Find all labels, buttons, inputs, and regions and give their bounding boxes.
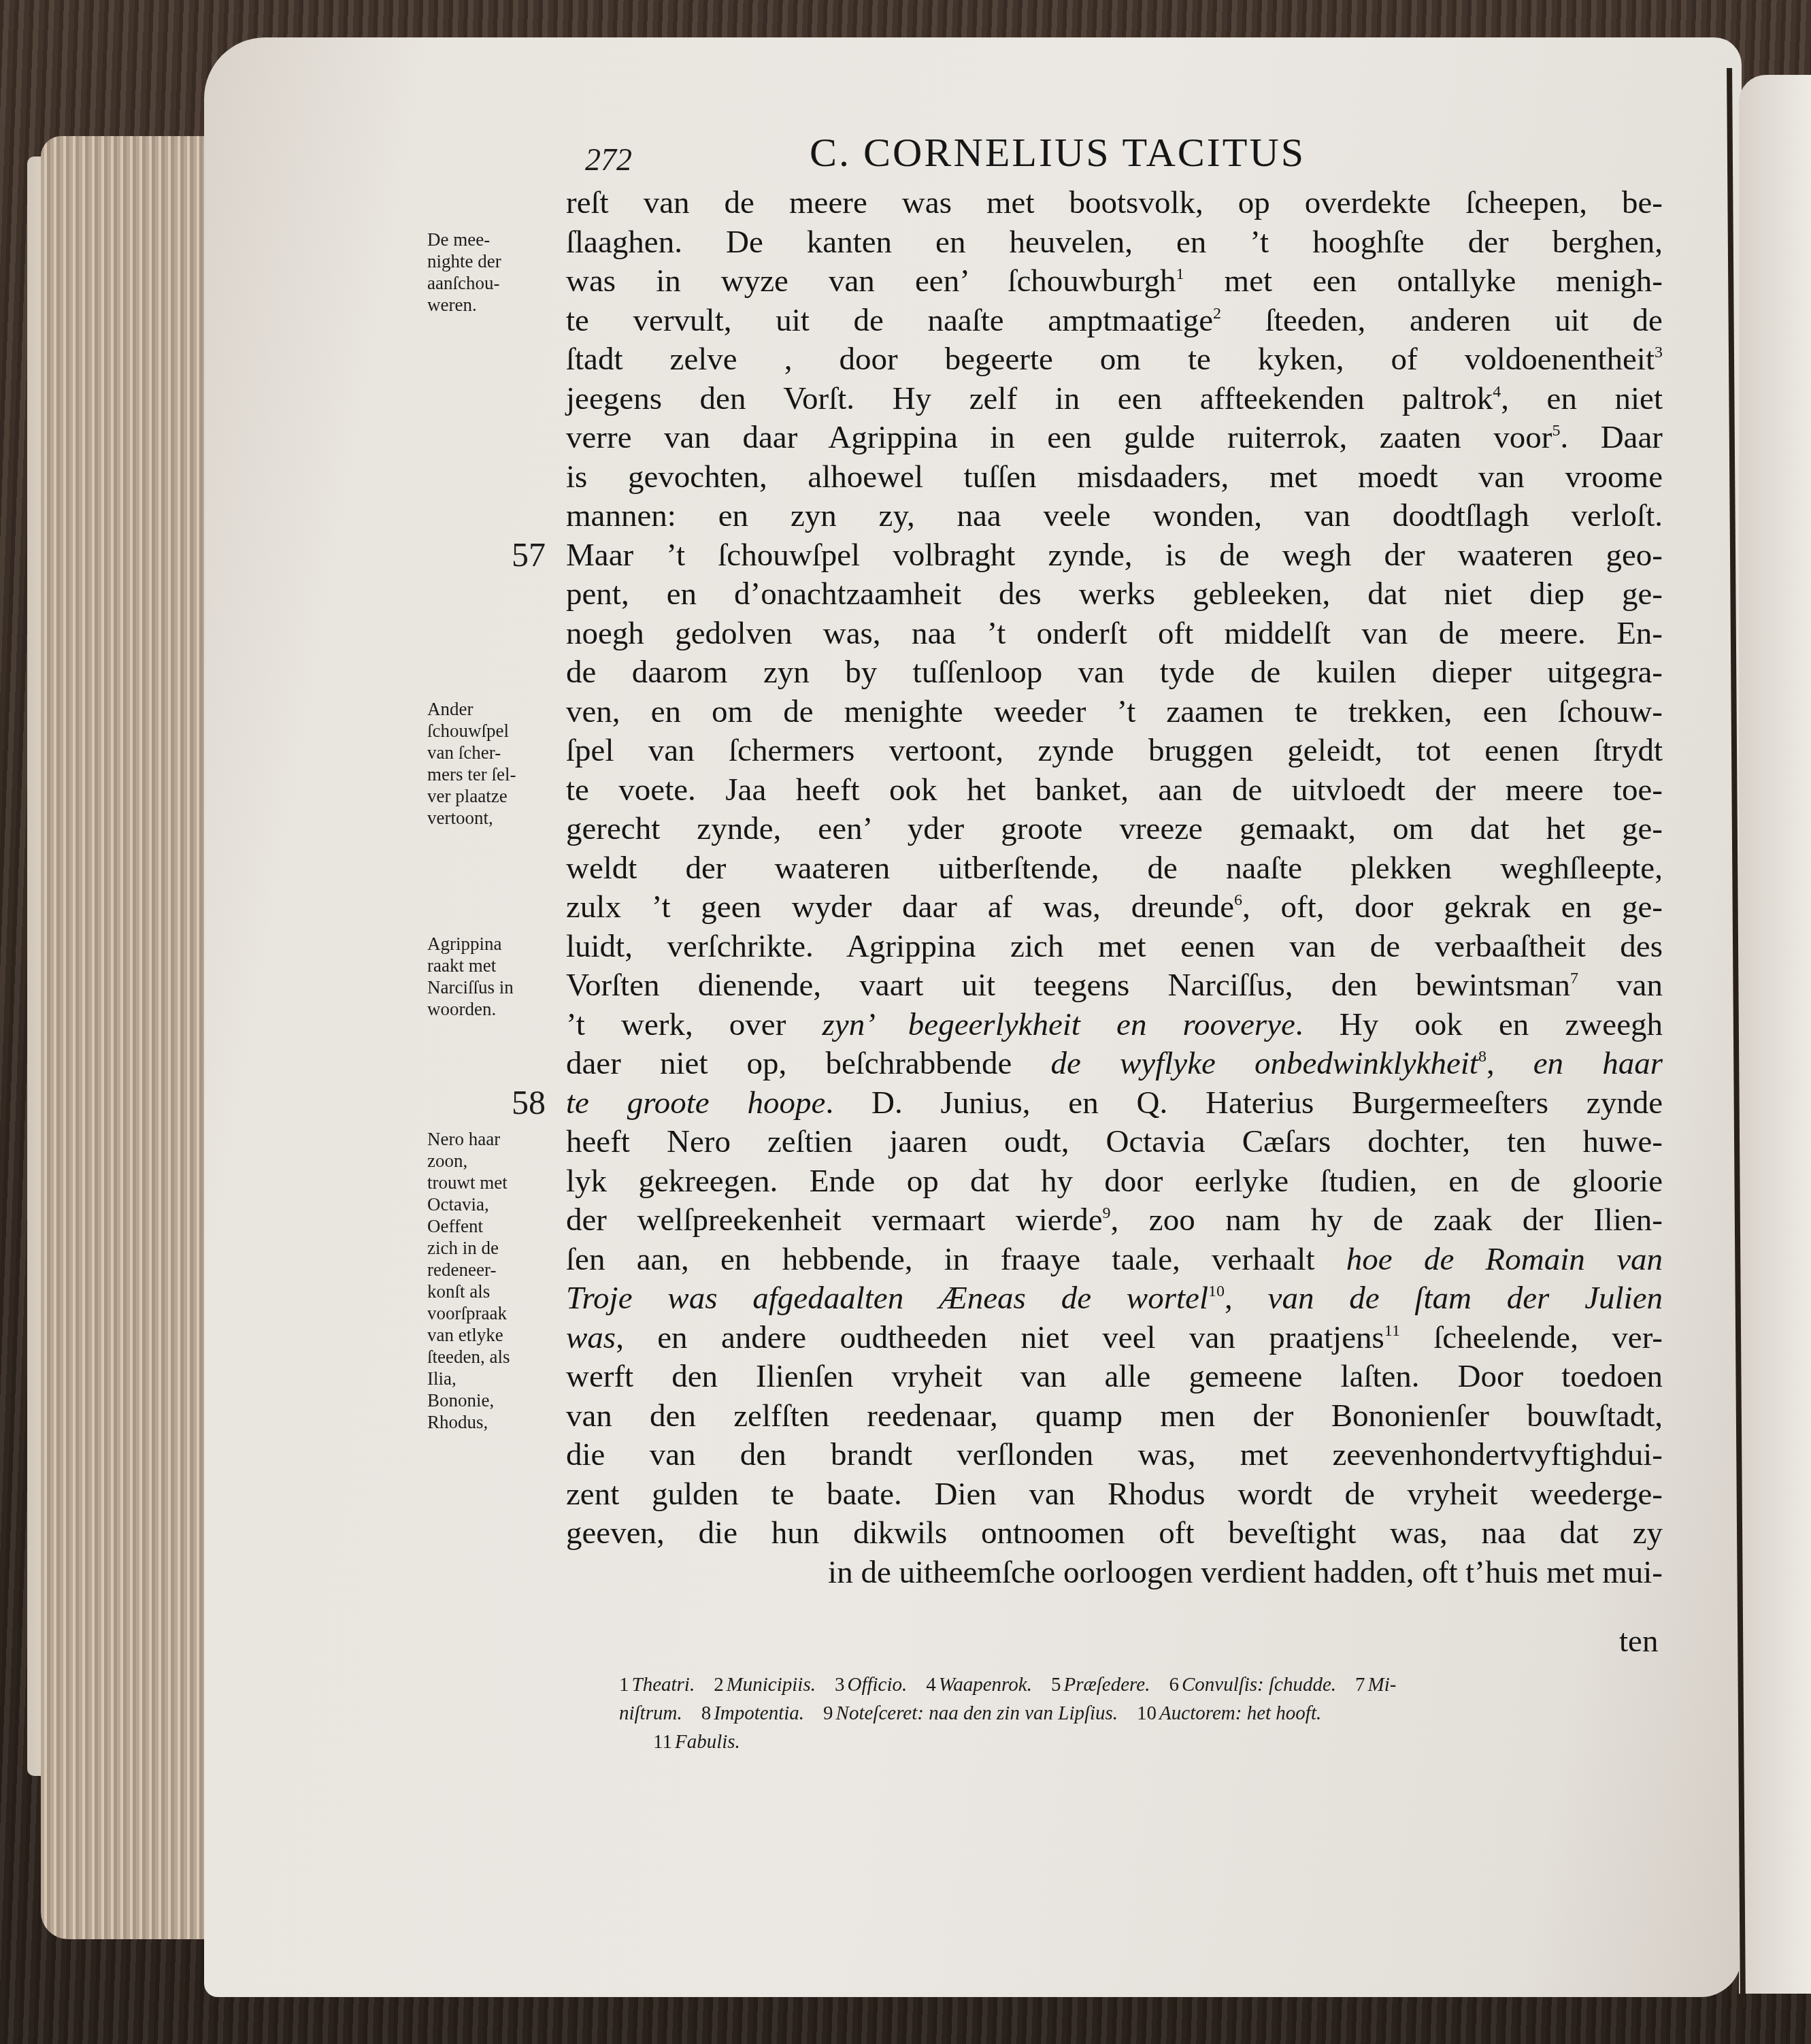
- footnote: 4Waapenrok.: [926, 1674, 1032, 1696]
- footnote-ref: 4: [1493, 383, 1501, 401]
- text-line: heeft Nero zeſtien jaaren oudt, Octavia …: [566, 1123, 1663, 1162]
- footnote-line: 11Fabulis.: [619, 1728, 1660, 1756]
- right-page-edge: [1739, 75, 1811, 1994]
- chapter-number: 57: [512, 535, 546, 574]
- text-line: is gevochten, alhoewel tuſſen misdaaders…: [566, 458, 1663, 497]
- body-text: reſt van de meere was met bootsvolk, op …: [566, 184, 1663, 1592]
- text-line: ſen aan, en hebbende, in fraaye taale, v…: [566, 1240, 1663, 1280]
- text-line: noegh gedolven was, naa ’t onderſt oft m…: [566, 614, 1663, 654]
- text-line: Maar ’t ſchouwſpel volbraght zynde, is d…: [566, 536, 1663, 576]
- text-line: zent gulden te baate. Dien van Rhodus wo…: [566, 1475, 1663, 1515]
- text-line: die van den brandt verſlonden was, met z…: [566, 1436, 1663, 1475]
- text-line: daer niet op, beſchrabbende de wyflyke o…: [566, 1044, 1663, 1084]
- text-line: pent, en d’onachtzaamheit des werks gebl…: [566, 575, 1663, 614]
- text-line: ſpel van ſchermers vertoont, zynde brugg…: [566, 731, 1663, 771]
- margin-note: Anderſchouwſpelvan ſcher-mers ter ſel-ve…: [427, 698, 570, 829]
- text-line: mannen: en zyn zy, naa veele wonden, van…: [566, 497, 1663, 536]
- text-line: weldt der waateren uitberſtende, de naaſ…: [566, 849, 1663, 889]
- text-line: was in wyze van een’ ſchouwburgh1 met ee…: [566, 262, 1663, 301]
- text-line: luidt, verſchrikte. Agrippina zich met e…: [566, 927, 1663, 967]
- text-line: Vorſten dienende, vaart uit teegens Narc…: [566, 966, 1663, 1006]
- footnote-ref: 5: [1552, 422, 1560, 440]
- text-line: was, en andere oudtheeden niet veel van …: [566, 1319, 1663, 1358]
- text-line: in de uitheemſche oorloogen verdient had…: [566, 1553, 1663, 1593]
- text-line: ſlaaghen. De kanten en heuvelen, en ’t h…: [566, 223, 1663, 263]
- footnote: 10Auctorem: het hooft.: [1137, 1702, 1321, 1724]
- text-line: de daarom zyn by tuſſenloop van tyde de …: [566, 653, 1663, 693]
- footnote: 1Theatri.: [619, 1674, 695, 1696]
- footnote-ref: 1: [1176, 265, 1184, 283]
- margin-note: Nero haarzoon,trouwt metOctavia,Oeffentz…: [427, 1128, 570, 1433]
- margin-note: De mee-nighte deraanſchou-weren.: [427, 229, 570, 316]
- footnotes: 1Theatri.2Municipiis.3Officio.4Waapenrok…: [619, 1670, 1660, 1756]
- text-line: ſtadt zelve , door begeerte om te kyken,…: [566, 340, 1663, 380]
- footnote-ref: 11: [1384, 1322, 1400, 1340]
- text-line: ’t werk, over zyn’ begeerlykheit en roov…: [566, 1006, 1663, 1045]
- running-title: C. CORNELIUS TACITUS: [810, 129, 1306, 176]
- footnote: 7Mi-: [1355, 1674, 1396, 1696]
- text-line: zulx ’t geen wyder daar af was, dreunde6…: [566, 888, 1663, 927]
- catchword: ten: [1619, 1623, 1658, 1660]
- footnote: 2Municipiis.: [714, 1674, 816, 1696]
- footnote-ref: 10: [1208, 1283, 1225, 1300]
- margin-note: Agrippinaraakt metNarciſſus inwoorden.: [427, 933, 570, 1020]
- footnote: 5Præſedere.: [1051, 1674, 1150, 1696]
- text-line: jeegens den Vorſt. Hy zelf in een afftee…: [566, 380, 1663, 419]
- running-head: 272 C. CORNELIUS TACITUS: [585, 129, 1674, 177]
- footnote: 8Impotentia.: [701, 1702, 804, 1724]
- text-line: reſt van de meere was met bootsvolk, op …: [566, 184, 1663, 223]
- book-page-edges: [41, 136, 211, 1939]
- text-line: geeven, die hun dikwils ontnoomen oft be…: [566, 1514, 1663, 1553]
- footnote-ref: 8: [1478, 1048, 1486, 1066]
- footnote: 6Convulſis: ſchudde.: [1169, 1674, 1336, 1696]
- footnote: 3Officio.: [835, 1674, 907, 1696]
- footnote-ref: 7: [1570, 970, 1578, 987]
- text-line: te voete. Jaa heeft ook het banket, aan …: [566, 771, 1663, 810]
- text-line: van den zelfſten reedenaar, quamp men de…: [566, 1397, 1663, 1436]
- footnote-line: 1Theatri.2Municipiis.3Officio.4Waapenrok…: [619, 1670, 1660, 1699]
- footnote: 11Fabulis.: [653, 1731, 740, 1753]
- footnote-ref: 3: [1655, 344, 1663, 361]
- chapter-number: 58: [512, 1083, 546, 1122]
- text-line: der welſpreekenheit vermaart wierde9, zo…: [566, 1201, 1663, 1240]
- text-line: te groote hoope. D. Junius, en Q. Hateri…: [566, 1084, 1663, 1123]
- text-line: verre van daar Agrippina in een gulde ru…: [566, 418, 1663, 458]
- footnote-ref: 6: [1234, 891, 1242, 909]
- footnote-line: niſtrum.8Impotentia.9Noteſceret: naa den…: [619, 1699, 1660, 1728]
- text-line: gerecht zynde, een’ yder groote vreeze g…: [566, 810, 1663, 849]
- text-line: te vervult, uit de naaſte amptmaatige2 ſ…: [566, 301, 1663, 341]
- footnote-ref: 2: [1213, 305, 1221, 323]
- footnote: 9Noteſceret: naa den zin van Lipſius.: [823, 1702, 1118, 1724]
- text-line: lyk gekreegen. Ende op dat hy door eerly…: [566, 1162, 1663, 1202]
- page-number: 272: [585, 142, 632, 178]
- footnote-ref: 9: [1103, 1204, 1111, 1222]
- text-line: werft den Ilienſen vryheit van alle geme…: [566, 1357, 1663, 1397]
- text-line: Troje was afgedaalten Æneas de wortel10,…: [566, 1279, 1663, 1319]
- footnote: niſtrum.: [619, 1702, 682, 1724]
- text-line: ven, en om de menighte weeder ’t zaamen …: [566, 693, 1663, 732]
